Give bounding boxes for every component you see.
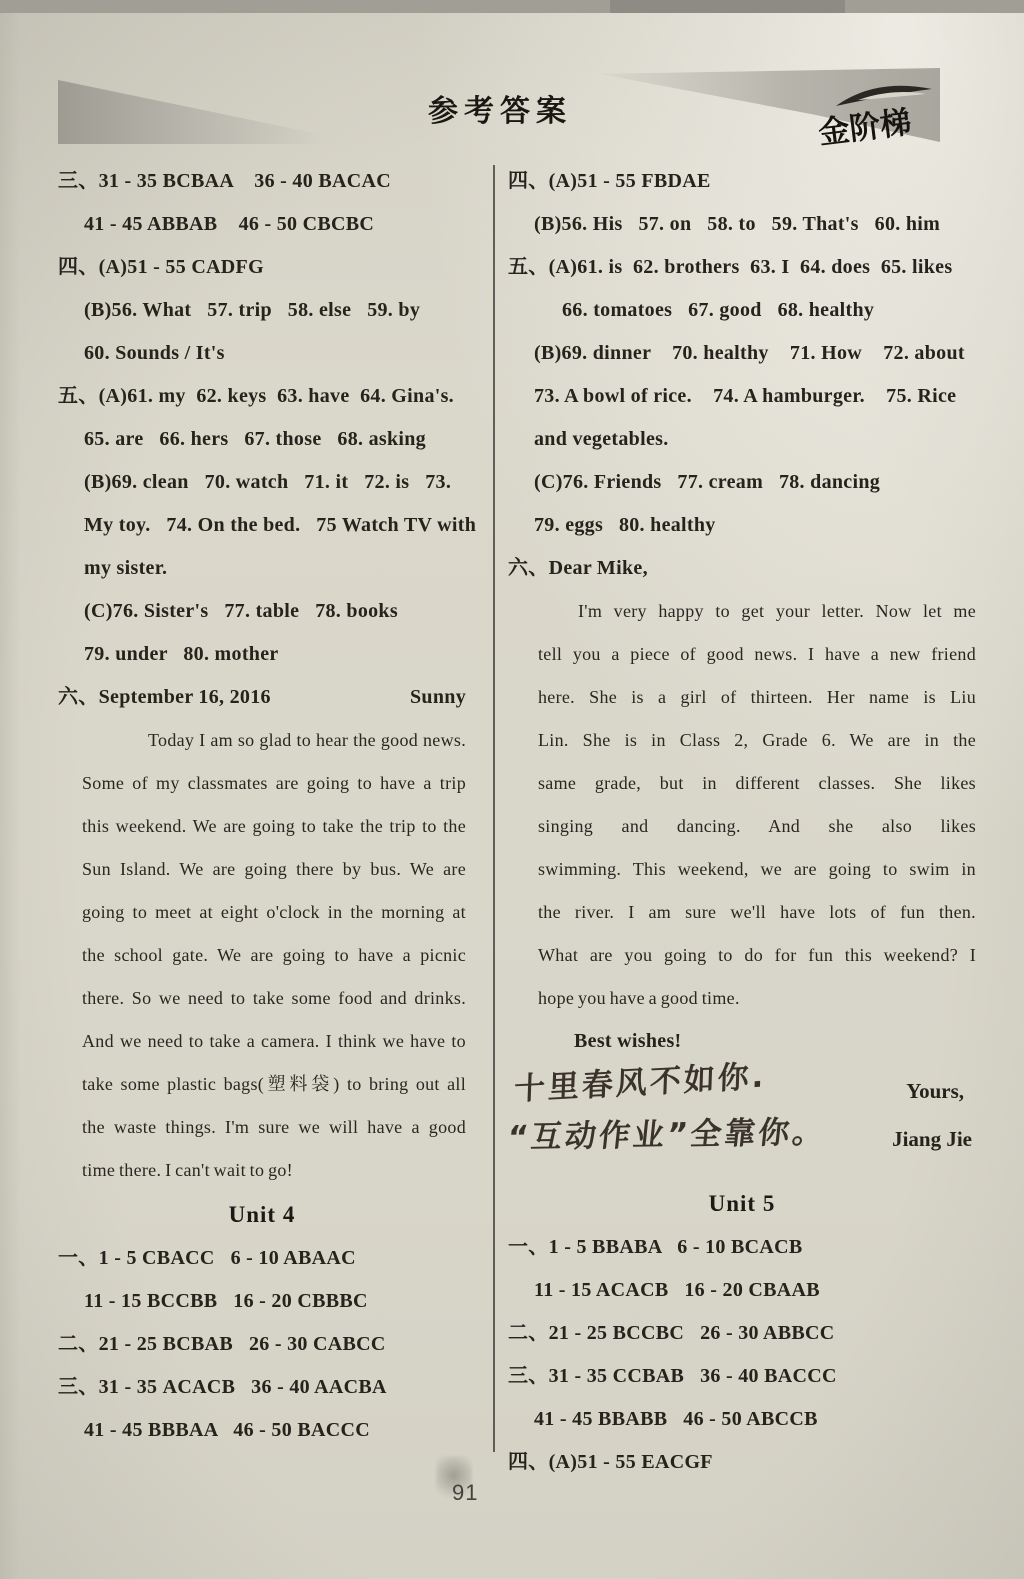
answer-line: 二、21 - 25 BCCBC 26 - 30 ABBCC <box>508 1312 976 1355</box>
page-top-edge-shadow <box>610 0 845 13</box>
answer-line: 79. under 80. mother <box>58 633 466 676</box>
answer-line: 66. tomatoes 67. good 68. healthy <box>508 289 976 332</box>
answer-line: 二、21 - 25 BCBAB 26 - 30 CABCC <box>58 1323 466 1366</box>
answer-line: 73. A bowl of rice. 74. A hamburger. 75.… <box>508 375 976 418</box>
answer-line: 三、31 - 35 BCBAA 36 - 40 BACAC <box>58 160 466 203</box>
answer-line: 四、(A)51 - 55 EACGF <box>508 1441 976 1484</box>
answer-line: 五、(A)61. is 62. brothers 63. I 64. does … <box>508 246 976 289</box>
essay-line: singing and dancing. And she also likes <box>508 805 976 848</box>
answer-line: 一、1 - 5 BBABA 6 - 10 BCACB <box>508 1226 976 1269</box>
left-column: 三、31 - 35 BCBAA 36 - 40 BACAC 41 - 45 AB… <box>58 160 466 1452</box>
answer-line: 五、(A)61. my 62. keys 63. have 64. Gina's… <box>58 375 466 418</box>
essay-line: hope you have a good time. <box>508 977 976 1020</box>
unit-4-heading: Unit 4 <box>58 1192 466 1237</box>
essay-line: And we need to take a camera. I think we… <box>58 1020 466 1063</box>
essay-line: going to meet at eight o'clock in the mo… <box>58 891 466 934</box>
essay-weather: Sunny <box>410 676 466 719</box>
date-line: 六、September 16, 2016 Sunny <box>58 676 466 719</box>
answer-line: 三、31 - 35 ACACB 36 - 40 AACBA <box>58 1366 466 1409</box>
answer-line: 41 - 45 BBBAA 46 - 50 BACCC <box>58 1409 466 1452</box>
answer-line: and vegetables. <box>508 418 976 461</box>
essay-line: the school gate. We are going to have a … <box>58 934 466 977</box>
signature-name: Jiang Jie <box>892 1127 972 1152</box>
essay-line: I'm very happy to get your letter. Now l… <box>508 590 976 633</box>
answer-line: 四、(A)51 - 55 CADFG <box>58 246 466 289</box>
answer-line: 41 - 45 ABBAB 46 - 50 CBCBC <box>58 203 466 246</box>
right-column: 四、(A)51 - 55 FBDAE (B)56. His 57. on 58.… <box>508 160 976 1484</box>
letter-salutation: 六、Dear Mike, <box>508 547 976 590</box>
essay-line: Some of my classmates are going to have … <box>58 762 466 805</box>
answer-line: 一、1 - 5 CBACC 6 - 10 ABAAC <box>58 1237 466 1280</box>
answer-line: 79. eggs 80. healthy <box>508 504 976 547</box>
answer-line: (B)56. What 57. trip 58. else 59. by <box>58 289 466 332</box>
essay-line: time there. I can't wait to go! <box>58 1149 466 1192</box>
essay-line: Today I am so glad to hear the good news… <box>58 719 466 762</box>
essay-line: here. She is a girl of thirteen. Her nam… <box>508 676 976 719</box>
essay-line: What are you going to do for fun this we… <box>508 934 976 977</box>
signature-block: 十里春风不如你. “互动作业”全靠你。 Yours, Jiang Jie <box>508 1063 976 1181</box>
page-top-edge <box>0 0 1024 13</box>
answer-line: 四、(A)51 - 55 FBDAE <box>508 160 976 203</box>
essay-line: tell you a piece of good news. I have a … <box>508 633 976 676</box>
answer-line: (C)76. Friends 77. cream 78. dancing <box>508 461 976 504</box>
essay-line: same grade, but in different classes. Sh… <box>508 762 976 805</box>
scanned-answer-page: 参考答案 金阶梯 三、31 - 35 BCBAA 36 - 40 BACAC 4… <box>0 0 1024 1579</box>
answer-line: 11 - 15 ACACB 16 - 20 CBAAB <box>508 1269 976 1312</box>
column-divider <box>493 165 495 1452</box>
essay-line: Lin. She is in Class 2, Grade 6. We are … <box>508 719 976 762</box>
handwriting-note-line2: “互动作业”全靠你。 <box>506 1106 829 1157</box>
signature-yours: Yours, <box>906 1079 964 1104</box>
essay-line: this weekend. We are going to take the t… <box>58 805 466 848</box>
essay-date: 六、September 16, 2016 <box>58 676 271 719</box>
essay-line: swimming. This weekend, we are going to … <box>508 848 976 891</box>
answer-line: 三、31 - 35 CCBAB 36 - 40 BACCC <box>508 1355 976 1398</box>
brand-logo: 金阶梯 <box>816 76 966 154</box>
answer-line: 41 - 45 BBABB 46 - 50 ABCCB <box>508 1398 976 1441</box>
answer-line: (B)69. clean 70. watch 71. it 72. is 73. <box>58 461 466 504</box>
essay-line: the river. I am sure we'll have lots of … <box>508 891 976 934</box>
answer-line: my sister. <box>58 547 466 590</box>
page-number: 91 <box>452 1480 478 1506</box>
essay-line: Sun Island. We are going there by bus. W… <box>58 848 466 891</box>
answer-line: My toy. 74. On the bed. 75 Watch TV with <box>58 504 466 547</box>
answer-line: (B)69. dinner 70. healthy 71. How 72. ab… <box>508 332 976 375</box>
answer-line: 65. are 66. hers 67. those 68. asking <box>58 418 466 461</box>
essay-line: take some plastic bags(塑料袋) to bring out… <box>58 1063 466 1106</box>
answer-line: (B)56. His 57. on 58. to 59. That's 60. … <box>508 203 976 246</box>
answer-line: (C)76. Sister's 77. table 78. books <box>58 590 466 633</box>
answer-line: 11 - 15 BCCBB 16 - 20 CBBBC <box>58 1280 466 1323</box>
essay-line: there. So we need to take some food and … <box>58 977 466 1020</box>
unit-5-heading: Unit 5 <box>508 1181 976 1226</box>
essay-line: the waste things. I'm sure we will have … <box>58 1106 466 1149</box>
answer-line: 60. Sounds / It's <box>58 332 466 375</box>
